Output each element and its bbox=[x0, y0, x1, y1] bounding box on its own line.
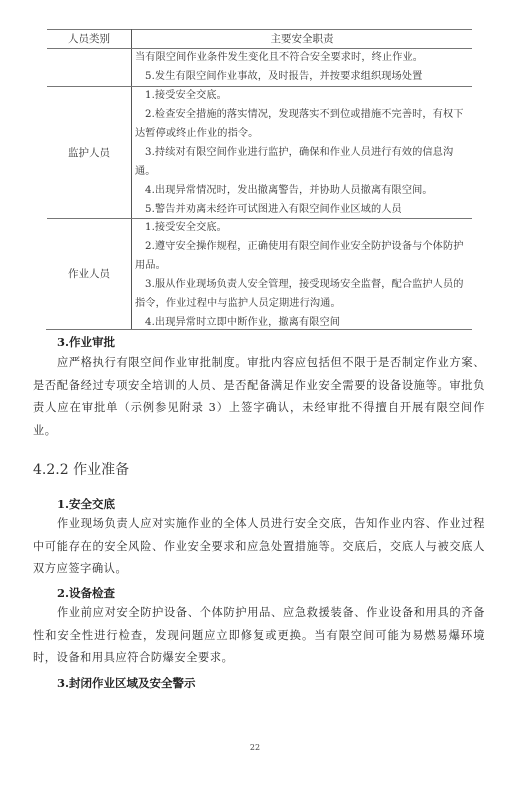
approval-heading: 3.作业审批 bbox=[57, 334, 115, 350]
table-bottom-rule bbox=[46, 329, 472, 330]
section-heading: 4.2.2 作业准备 bbox=[33, 461, 129, 479]
category-worker: 作业人员 bbox=[47, 267, 131, 281]
table-row: 当有限空间作业条件发生变化且不符合安全要求时，终止作业。 5.发生有限空间作业事… bbox=[135, 48, 467, 86]
document-page: 人员类别 主要安全职责 当有限空间作业条件发生变化且不符合安全要求时，终止作业。… bbox=[0, 0, 510, 792]
page-number: 22 bbox=[0, 743, 510, 752]
briefing-paragraph: 作业现场负责人应对实施作业的全体人员进行安全交底，告知作业内容、作业过程中可能存… bbox=[33, 513, 485, 581]
table-row: 1.接受安全交底。 2.遵守安全操作规程，正确使用有限空间作业安全防护设备与个体… bbox=[135, 218, 467, 332]
table-row: 1.接受安全交底。 2.检查安全措施的落实情况，发现落实不到位或措施不完善时，有… bbox=[135, 86, 467, 219]
approval-paragraph: 应严格执行有限空间作业审批制度。审批内容应包括但不限于是否制定作业方案、是否配备… bbox=[33, 352, 485, 442]
closure-warning-heading: 3.封闭作业区域及安全警示 bbox=[57, 675, 196, 691]
header-duties: 主要安全职责 bbox=[132, 32, 472, 46]
table-column-divider bbox=[131, 29, 132, 329]
equipment-check-heading: 2.设备检查 bbox=[57, 585, 115, 601]
header-category: 人员类别 bbox=[47, 32, 131, 46]
equipment-check-paragraph: 作业前应对安全防护设备、个体防护用品、应急救援装备、作业设备和用具的齐备性和安全… bbox=[33, 602, 485, 670]
category-monitor: 监护人员 bbox=[47, 146, 131, 160]
briefing-heading: 1.安全交底 bbox=[57, 496, 115, 512]
table-top-rule bbox=[47, 29, 472, 30]
